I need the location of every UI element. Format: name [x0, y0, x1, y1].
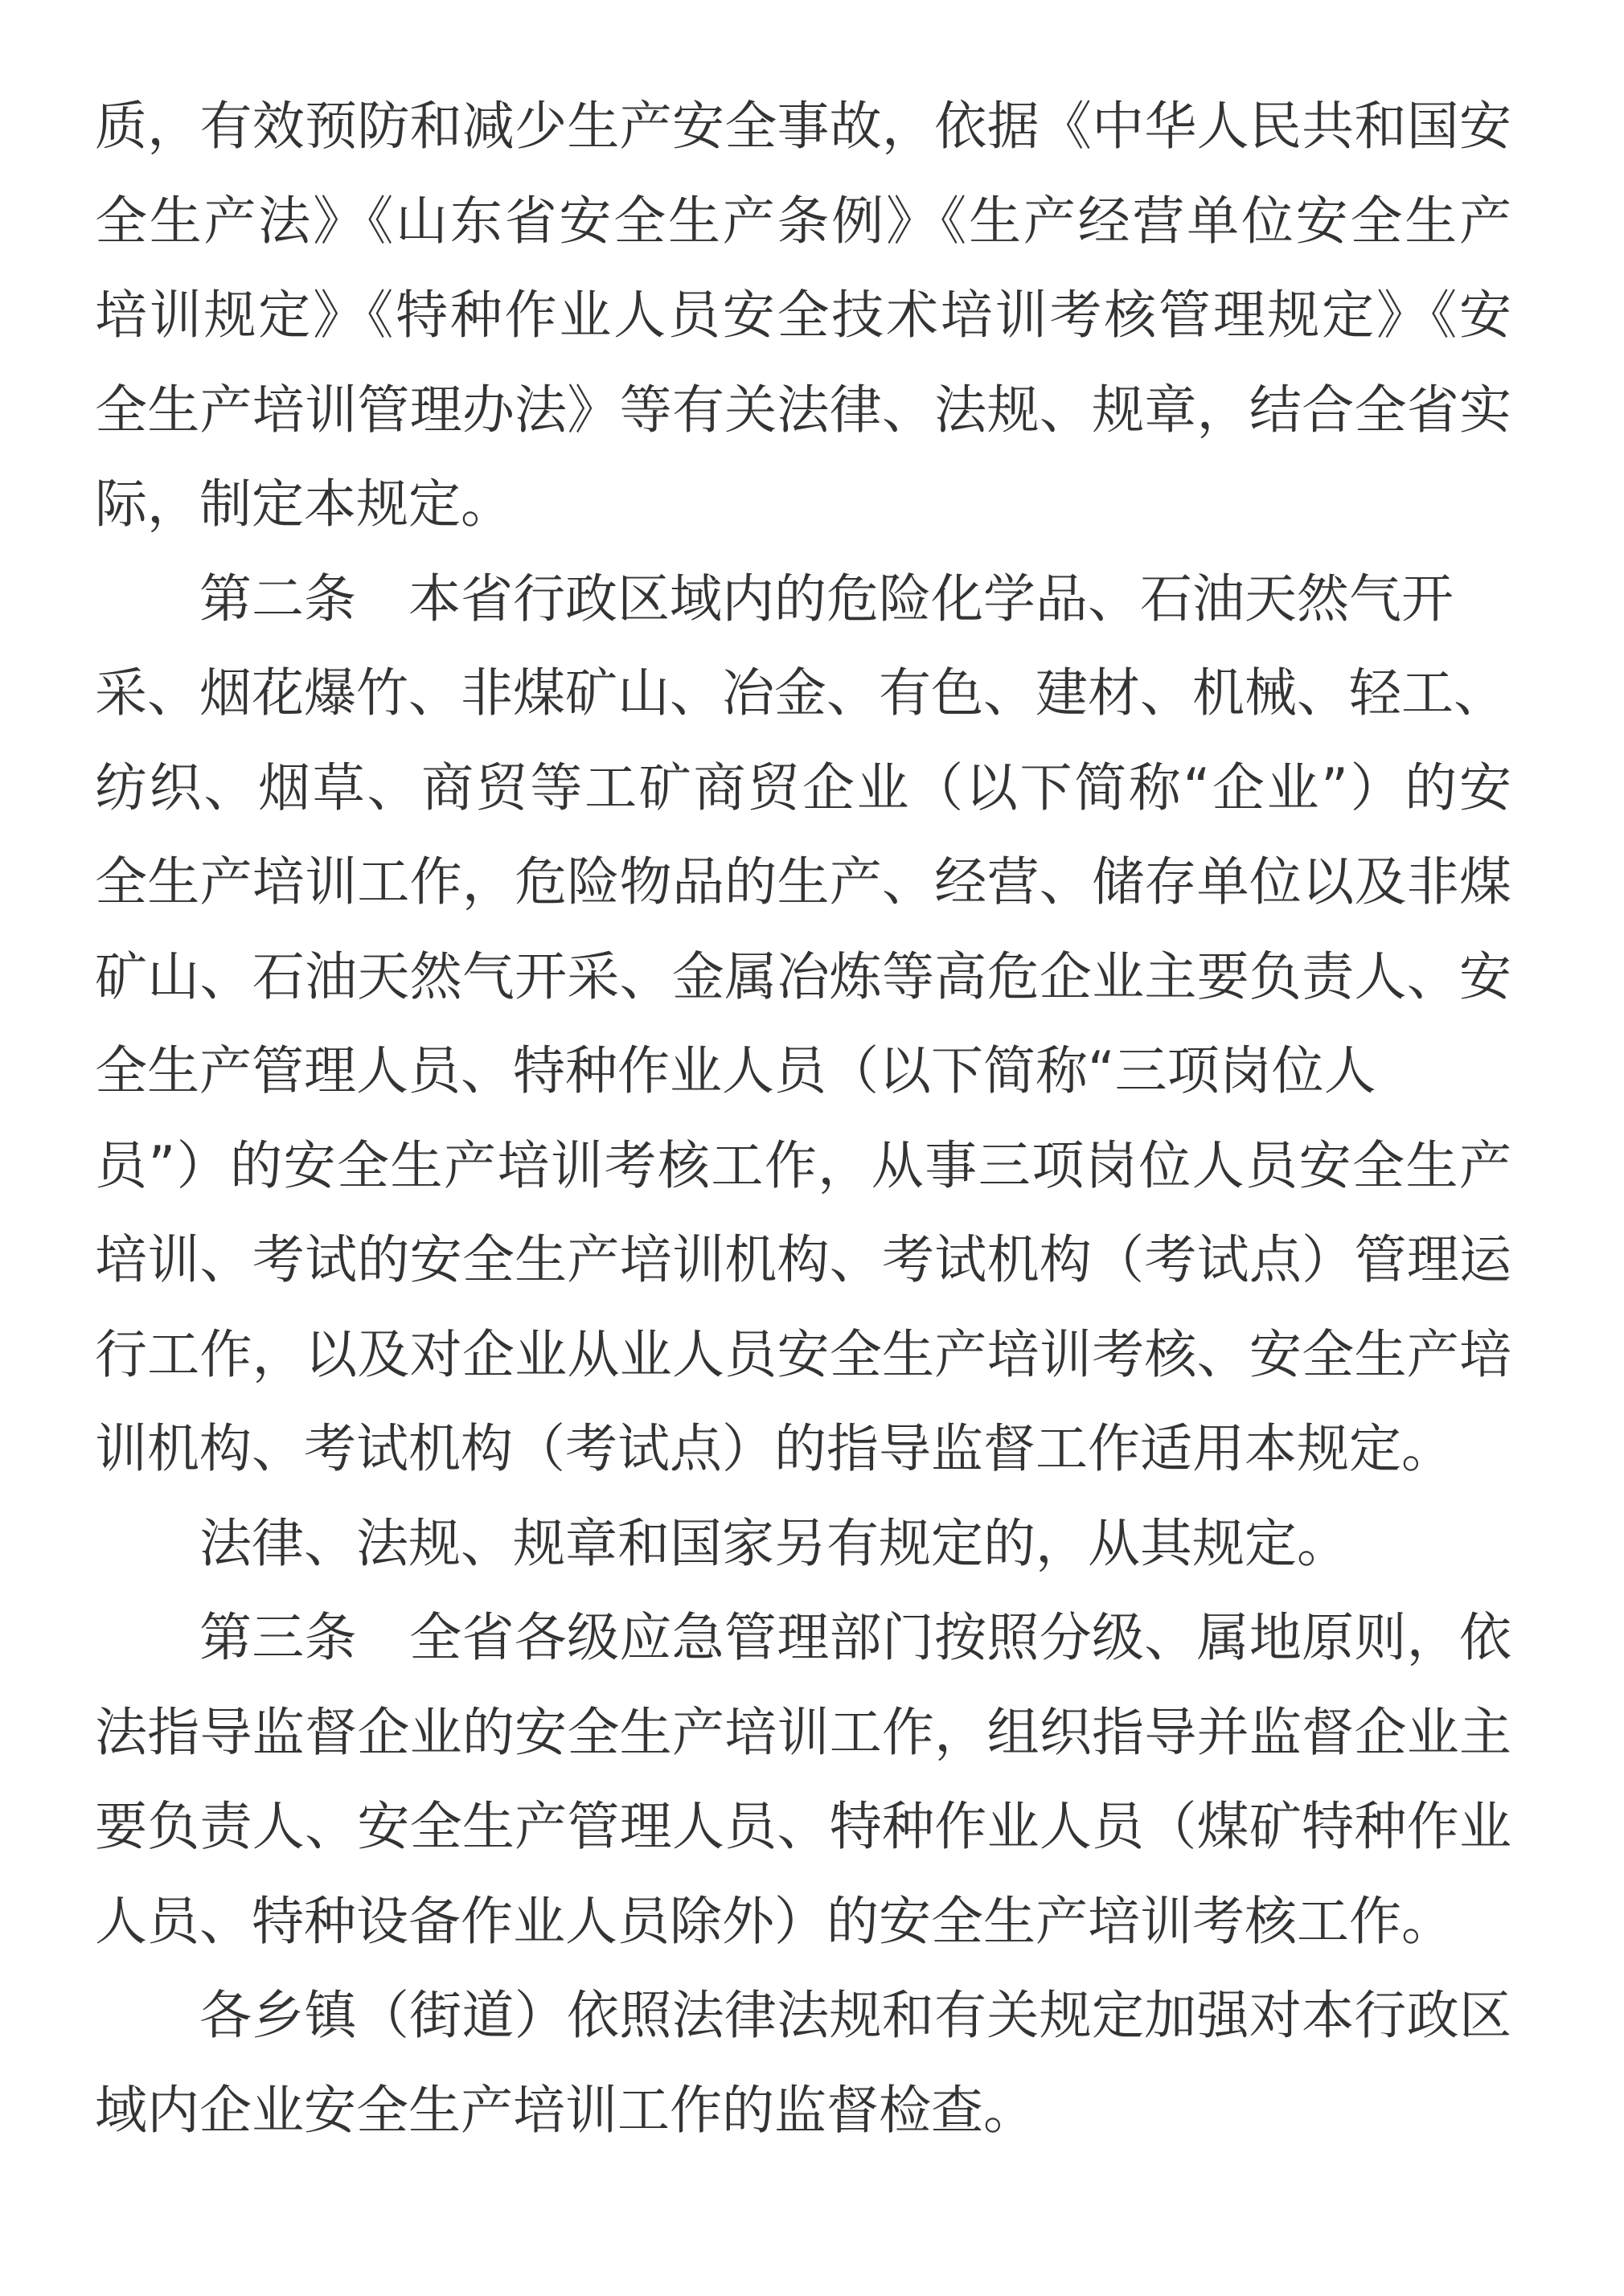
- text-line: 各乡镇（街道）依照法律法规和有关规定加强对本行政区: [95, 1969, 1511, 2064]
- text-line: 法律、法规、规章和国家另有规定的，从其规定。: [95, 1497, 1511, 1592]
- text-line: 法指导监督企业的安全生产培训工作，组织指导并监督企业主: [95, 1686, 1511, 1781]
- text-line: 培训规定》《特种作业人员安全技术培训考核管理规定》《安: [95, 269, 1511, 363]
- text-line: 人员、特种设备作业人员除外）的安全生产培训考核工作。: [95, 1875, 1511, 1970]
- text-line: 要负责人、安全生产管理人员、特种作业人员（煤矿特种作业: [95, 1780, 1511, 1875]
- paragraph-article-2: 第二条 本省行政区域内的危险化学品、石油天然气开 采、烟花爆竹、非煤矿山、冶金、…: [95, 552, 1511, 1497]
- text-line: 质，有效预防和减少生产安全事故，依据《中华人民共和国安: [95, 80, 1511, 174]
- text-line: 全生产培训管理办法》等有关法律、法规、规章，结合全省实: [95, 363, 1511, 458]
- paragraph-preamble-continuation: 质，有效预防和减少生产安全事故，依据《中华人民共和国安 全生产法》《山东省安全生…: [95, 80, 1511, 552]
- text-line: 纺织、烟草、商贸等工矿商贸企业（以下简称“企业”）的安: [95, 741, 1511, 836]
- text-line: 训机构、考试机构（考试点）的指导监督工作适用本规定。: [95, 1402, 1511, 1497]
- text-line: 全生产培训工作，危险物品的生产、经营、储存单位以及非煤: [95, 835, 1511, 930]
- text-line: 矿山、石油天然气开采、金属冶炼等高危企业主要负责人、安: [95, 930, 1511, 1025]
- document-page: 质，有效预防和减少生产安全事故，依据《中华人民共和国安 全生产法》《山东省安全生…: [95, 80, 1511, 2158]
- text-line: 全生产法》《山东省安全生产条例》《生产经营单位安全生产: [95, 174, 1511, 269]
- text-line: 采、烟花爆竹、非煤矿山、冶金、有色、建材、机械、轻工、: [95, 646, 1511, 741]
- paragraph-article-3: 第三条 全省各级应急管理部门按照分级、属地原则，依 法指导监督企业的安全生产培训…: [95, 1591, 1511, 1969]
- paragraph-article-3-towns: 各乡镇（街道）依照法律法规和有关规定加强对本行政区 域内企业安全生产培训工作的监…: [95, 1969, 1511, 2158]
- article-heading-line: 第二条 本省行政区域内的危险化学品、石油天然气开: [95, 552, 1511, 647]
- text-line: 全生产管理人员、特种作业人员（以下简称“三项岗位人: [95, 1024, 1511, 1119]
- text-line: 行工作，以及对企业从业人员安全生产培训考核、安全生产培: [95, 1308, 1511, 1403]
- paragraph-article-2-note: 法律、法规、规章和国家另有规定的，从其规定。: [95, 1497, 1511, 1592]
- article-heading-line: 第三条 全省各级应急管理部门按照分级、属地原则，依: [95, 1591, 1511, 1686]
- text-line: 培训、考试的安全生产培训机构、考试机构（考试点）管理运: [95, 1213, 1511, 1308]
- text-line: 际，制定本规定。: [95, 457, 1511, 552]
- text-line: 员”）的安全生产培训考核工作，从事三项岗位人员安全生产: [95, 1119, 1511, 1214]
- text-line: 域内企业安全生产培训工作的监督检查。: [95, 2064, 1511, 2159]
